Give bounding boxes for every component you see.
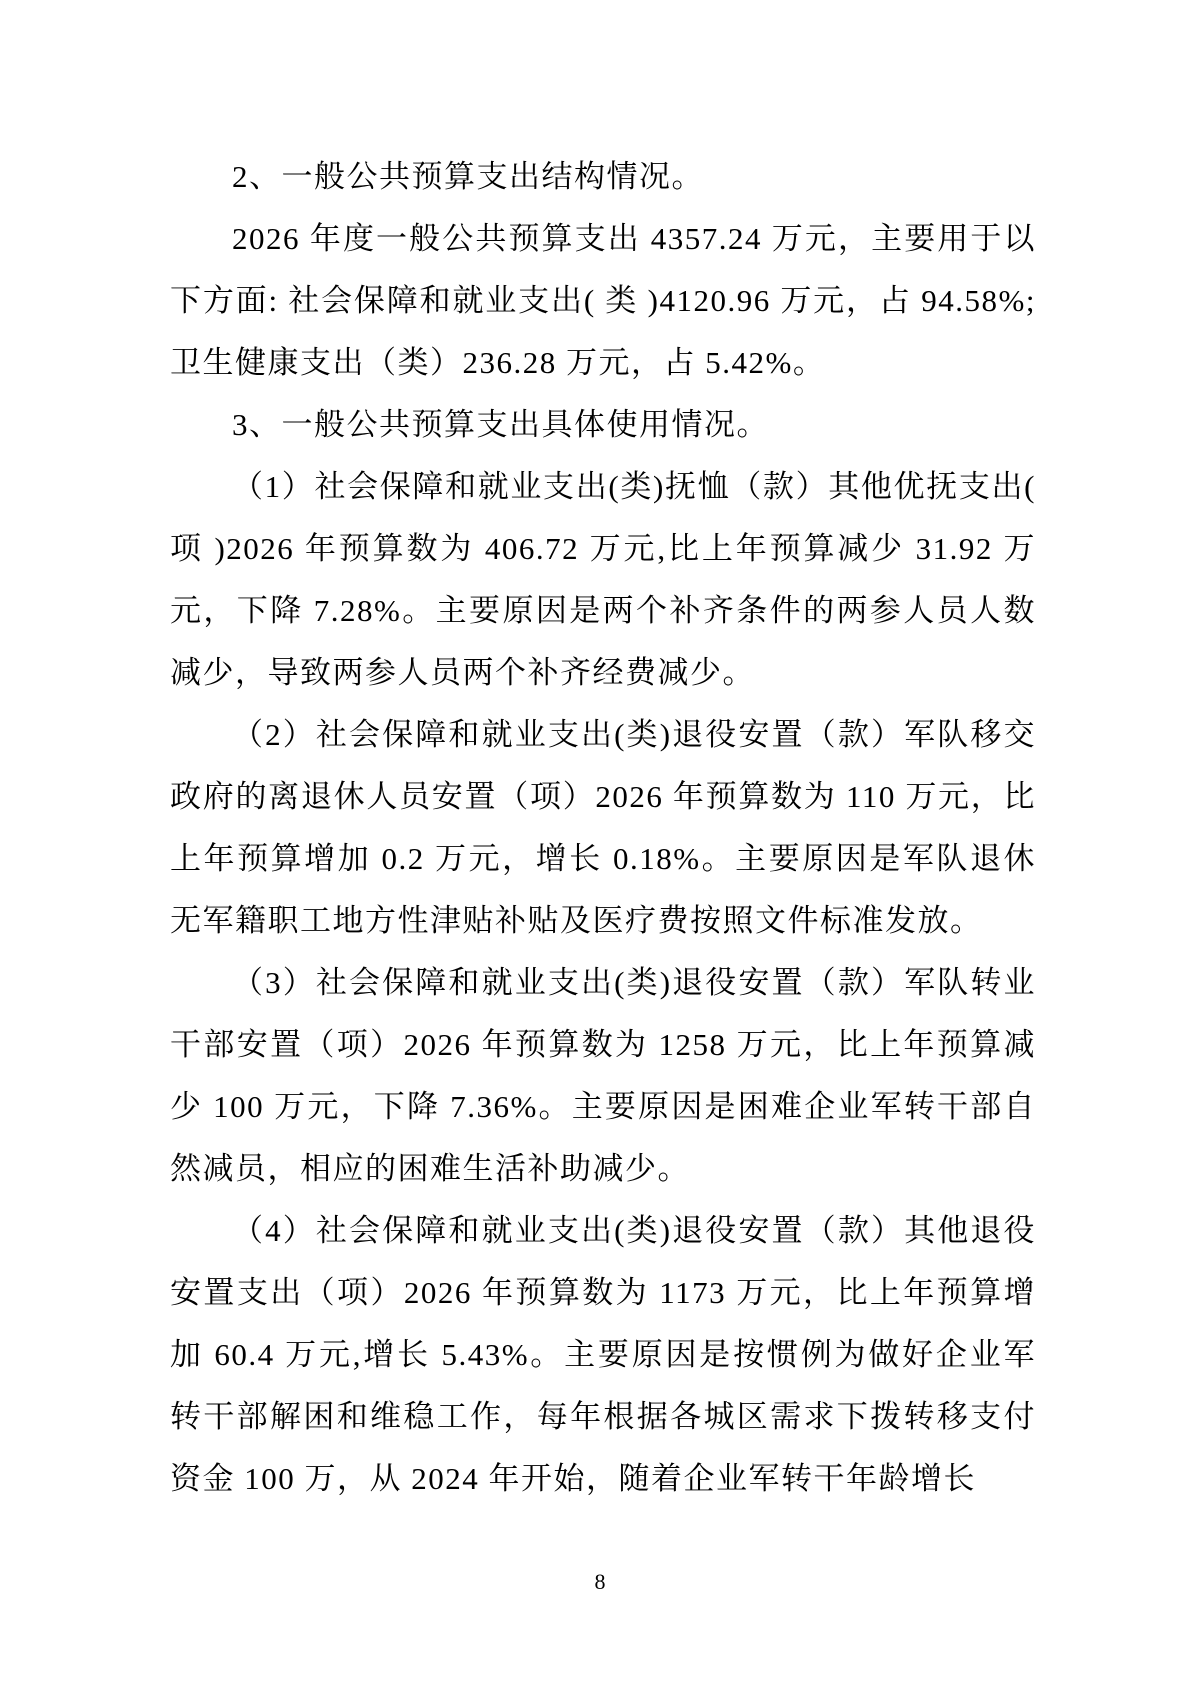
para-item-1-other-preferential-care: （1）社会保障和就业支出(类)抚恤（款）其他优抚支出( 项 )2026 年预算数…: [170, 456, 1036, 704]
para-item-3-transferred-cadre-resettlement: （3）社会保障和就业支出(类)退役安置（款）军队转业干部安置（项）2026 年预…: [170, 952, 1036, 1200]
page-footer: 8: [0, 1568, 1200, 1596]
para-item-4-other-resettlement-expenditure: （4）社会保障和就业支出(类)退役安置（款）其他退役安置支出（项）2026 年预…: [170, 1200, 1036, 1510]
document-page: 2、一般公共预算支出结构情况。 2026 年度一般公共预算支出 4357.24 …: [0, 0, 1200, 1697]
para-item-2-retired-military-resettlement: （2）社会保障和就业支出(类)退役安置（款）军队移交政府的离退休人员安置（项）2…: [170, 704, 1036, 952]
section-heading-expenditure-structure: 2、一般公共预算支出结构情况。: [170, 146, 1036, 208]
section-heading-specific-usage: 3、一般公共预算支出具体使用情况。: [170, 394, 1036, 456]
page-number: 8: [595, 1569, 606, 1594]
para-expenditure-overview: 2026 年度一般公共预算支出 4357.24 万元，主要用于以下方面: 社会保…: [170, 208, 1036, 394]
document-body: 2、一般公共预算支出结构情况。 2026 年度一般公共预算支出 4357.24 …: [170, 146, 1036, 1510]
